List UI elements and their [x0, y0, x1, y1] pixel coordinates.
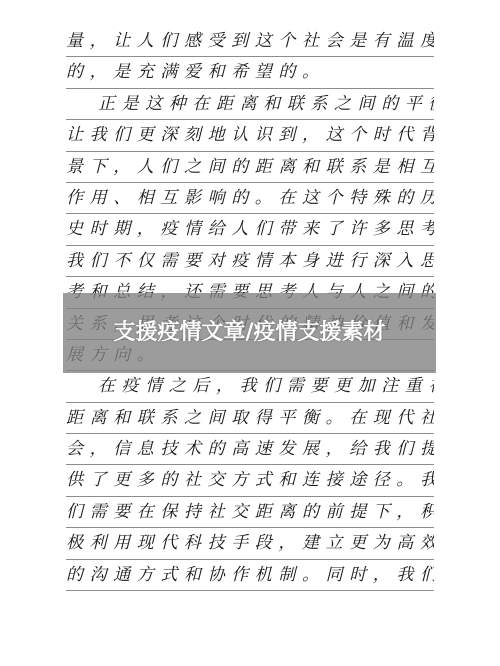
handwritten-line: 让我们更深刻地认识到，这个时代背 [66, 120, 434, 151]
handwritten-line: 在疫情之后，我们需要更加注重在 [66, 371, 434, 402]
handwritten-line: 量，让人们感受到这个社会是有温度 [66, 26, 434, 57]
handwritten-line: 作用、相互影响的。在这个特殊的历 [66, 183, 434, 214]
handwritten-line: 的，是充满爱和希望的。 [66, 57, 434, 88]
handwritten-line: 我们不仅需要对疫情本身进行深入思 [66, 246, 434, 277]
handwritten-line: 极利用现代科技手段，建立更为高效 [66, 528, 434, 559]
handwritten-line: 们需要在保持社交距离的前提下，积 [66, 497, 434, 528]
banner-title: 支援疫情文章/疫情支援素材 [85, 320, 415, 346]
title-banner: 支援疫情文章/疫情支援素材 [63, 293, 436, 373]
handwritten-line: 的沟通方式和协作机制。同时，我们 [66, 560, 434, 591]
handwritten-line: 正是这种在距离和联系之间的平衡， [66, 89, 434, 120]
handwritten-line: 距离和联系之间取得平衡。在现代社 [66, 403, 434, 434]
handwritten-line: 景下，人们之间的距离和联系是相互 [66, 152, 434, 183]
handwritten-line: 史时期，疫情给人们带来了许多思考。 [66, 214, 434, 245]
handwritten-line: 会，信息技术的高速发展，给我们提 [66, 434, 434, 465]
handwritten-line: 供了更多的社交方式和连接途径。我 [66, 465, 434, 496]
